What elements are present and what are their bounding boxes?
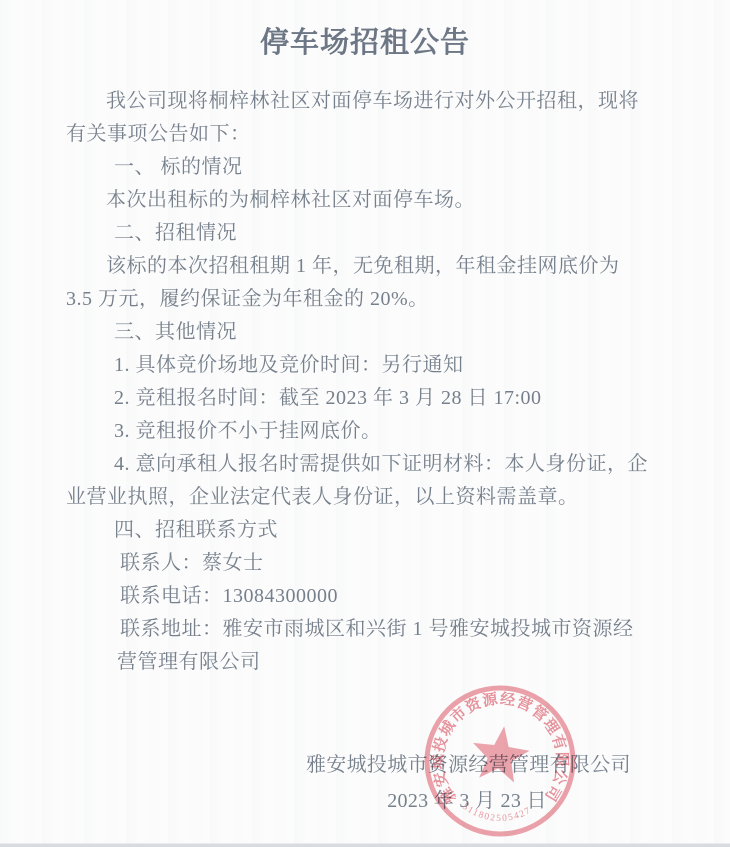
document-line: 4. 意向承租人报名时需提供如下证明材料：本人身份证，企	[66, 448, 666, 481]
document-line: 一、 标的情况	[66, 151, 666, 184]
document-line: 3. 竞租报价不小于挂网底价。	[66, 415, 666, 448]
document-line: 联系人：蔡女士	[66, 547, 666, 580]
document-body: 我公司现将桐梓林社区对面停车场进行对外公开招租，现将有关事项公告如下：一、 标的…	[66, 85, 666, 679]
signature-block: 雅安城投城市资源经营管理有限公司 2023 年 3 月 23 日	[306, 750, 628, 816]
page-bottom-edge	[0, 843, 730, 847]
page: 停车场招租公告 我公司现将桐梓林社区对面停车场进行对外公开招租，现将有关事项公告…	[0, 0, 730, 847]
signature-date: 2023 年 3 月 23 日	[306, 786, 628, 816]
document-line: 联系电话：13084300000	[66, 580, 666, 613]
document-line: 三、其他情况	[66, 316, 666, 349]
signature-company: 雅安城投城市资源经营管理有限公司	[306, 750, 628, 780]
document-line: 1. 具体竞价场地及竞价时间：另行通知	[66, 349, 666, 382]
document-line: 营管理有限公司	[66, 646, 666, 679]
document-line: 我公司现将桐梓林社区对面停车场进行对外公开招租，现将	[66, 85, 666, 118]
document-title: 停车场招租公告	[0, 20, 730, 61]
document-line: 有关事项公告如下：	[66, 118, 666, 151]
document-line: 业营业执照，企业法定代表人身份证，以上资料需盖章。	[66, 481, 666, 514]
document-line: 二、招租情况	[66, 217, 666, 250]
document-line: 3.5 万元，履约保证金为年租金的 20%。	[66, 283, 666, 316]
document-line: 本次出租标的为桐梓林社区对面停车场。	[66, 184, 666, 217]
document-line: 四、招租联系方式	[66, 514, 666, 547]
document-line: 联系地址：雅安市雨城区和兴街 1 号雅安城投城市资源经	[66, 613, 666, 646]
document-line: 2. 竞租报名时间：截至 2023 年 3 月 28 日 17:00	[66, 382, 666, 415]
document-line: 该标的本次招租租期 1 年，无免租期，年租金挂网底价为	[66, 250, 666, 283]
